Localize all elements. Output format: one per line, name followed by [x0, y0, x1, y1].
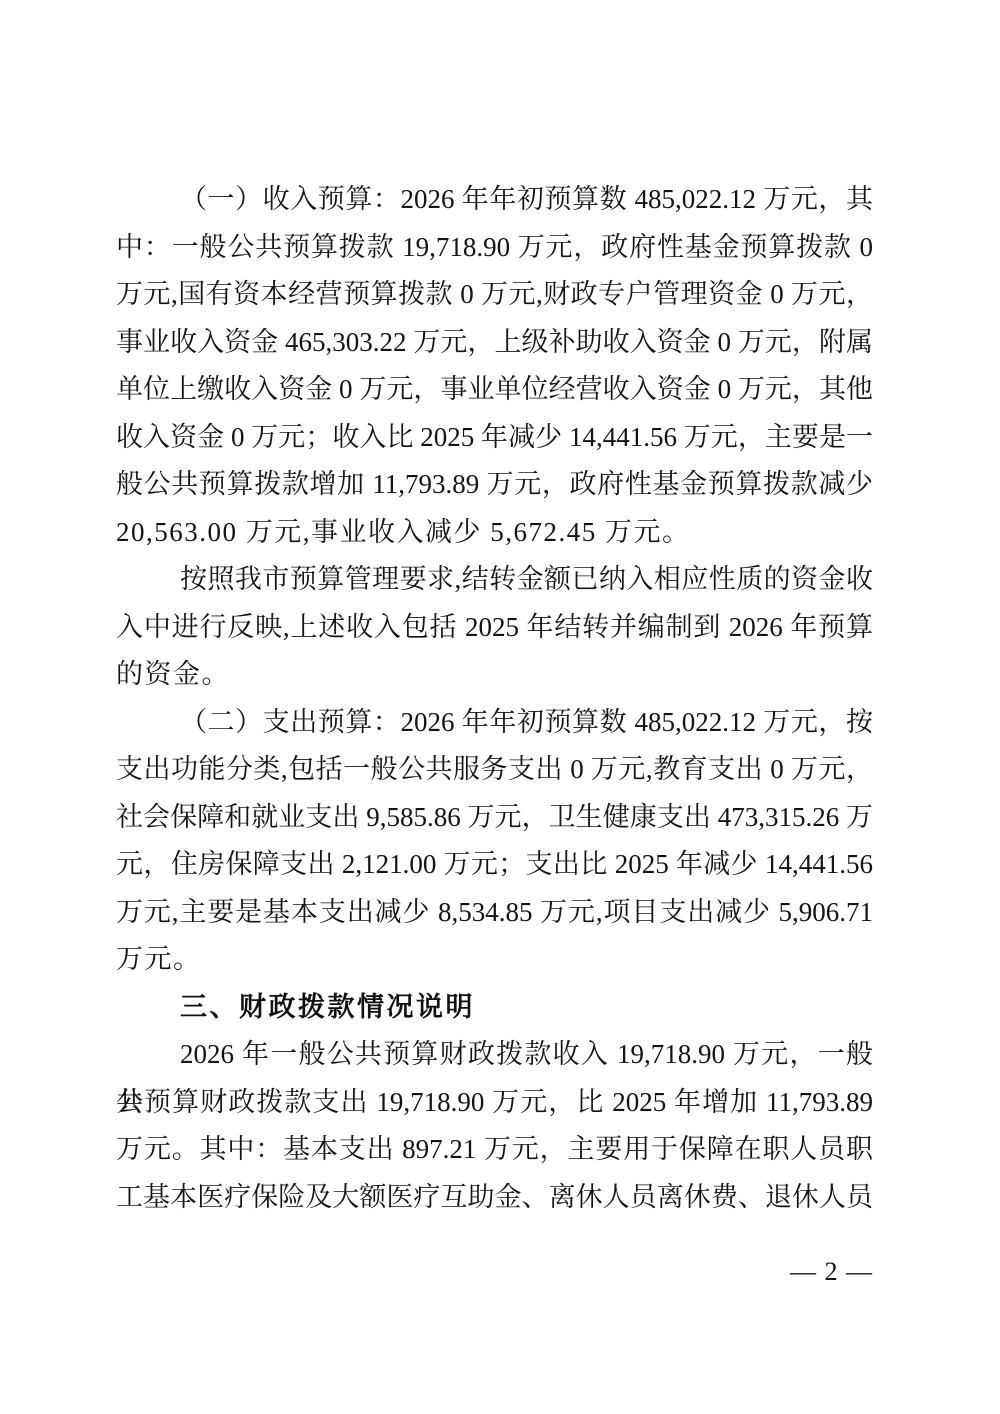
text-line: 事业收入资金 465,303.22 万元，上级补助收入资金 0 万元，附属 — [116, 319, 873, 367]
text-block: （一）收入预算：2026 年年初预算数 485,022.12 万元，其中：一般公… — [116, 176, 873, 1221]
section-heading: 三、财政拨款情况说明 — [116, 984, 873, 1032]
text-line: 万元,国有资本经营预算拨款 0 万元,财政专户管理资金 0 万元， — [116, 271, 873, 319]
text-line: 万元,主要是基本支出减少 8,534.85 万元,项目支出减少 5,906.71 — [116, 889, 873, 937]
text-line: 万元。其中：基本支出 897.21 万元，主要用于保障在职人员职 — [116, 1126, 873, 1174]
text-line: 20,563.00 万元,事业收入减少 5,672.45 万元。 — [116, 509, 873, 557]
text-line: 收入资金 0 万元；收入比 2025 年减少 14,441.56 万元，主要是一 — [116, 414, 873, 462]
page-number: — 2 — — [790, 1256, 873, 1288]
text-line: 万元。 — [116, 936, 873, 984]
text-line: 按照我市预算管理要求,结转金额已纳入相应性质的资金收 — [116, 556, 873, 604]
text-line: 2026 年一般公共预算财政拨款收入 19,718.90 万元，一般公 — [116, 1031, 873, 1079]
text-line: 社会保障和就业支出 9,585.86 万元，卫生健康支出 473,315.26 … — [116, 794, 873, 842]
text-line: （二）支出预算：2026 年年初预算数 485,022.12 万元，按 — [116, 699, 873, 747]
text-line: 工基本医疗保险及大额医疗互助金、离休人员离休费、退休人员 — [116, 1174, 873, 1222]
text-line: 般公共预算拨款增加 11,793.89 万元，政府性基金预算拨款减少 — [116, 461, 873, 509]
text-line: 元，住房保障支出 2,121.00 万元；支出比 2025 年减少 14,441… — [116, 841, 873, 889]
text-line: 单位上缴收入资金 0 万元，事业单位经营收入资金 0 万元，其他 — [116, 366, 873, 414]
text-line: 中：一般公共预算拨款 19,718.90 万元，政府性基金预算拨款 0 — [116, 224, 873, 272]
text-line: （一）收入预算：2026 年年初预算数 485,022.12 万元，其 — [116, 176, 873, 224]
text-line: 支出功能分类,包括一般公共服务支出 0 万元,教育支出 0 万元， — [116, 746, 873, 794]
text-line: 的资金。 — [116, 651, 873, 699]
document-page: （一）收入预算：2026 年年初预算数 485,022.12 万元，其中：一般公… — [0, 0, 1000, 1414]
text-line: 入中进行反映,上述收入包括 2025 年结转并编制到 2026 年预算 — [116, 604, 873, 652]
text-line: 共预算财政拨款支出 19,718.90 万元，比 2025 年增加 11,793… — [116, 1079, 873, 1127]
